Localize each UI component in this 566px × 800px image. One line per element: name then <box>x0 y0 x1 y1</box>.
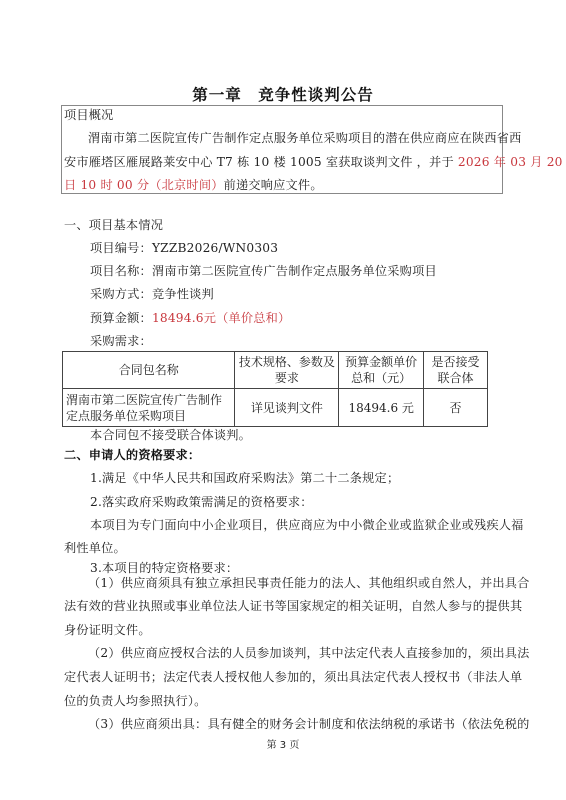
page-title: 第一章 竞争性谈判公告 <box>0 83 566 105</box>
requirement-2-line-3: 位的负责人均参照执行）。 <box>64 693 207 709</box>
table-row: 渭南市第二医院宣传广告制作定点服务单位采购项目 详见谈判文件 18494.6 元… <box>63 389 488 427</box>
qualification-item-2-detail-1: 本项目为专门面向中小企业项目，供应商应为中小微企业或监狱企业或残疾人福 <box>90 517 524 533</box>
requirement-2-line-2: 定代表人证明书；法定代表人授权他人参加的，须出具法定代表人授权书（非法人单 <box>64 669 522 685</box>
procurement-needs-label: 采购需求： <box>90 333 152 349</box>
requirement-3-line-1: （3）供应商须出具：具有健全的财务会计制度和依法纳税的承诺书（依法免税的 <box>88 716 530 732</box>
deadline-date: 2026 年 03 月 20 <box>454 155 563 169</box>
overview-line-3: 日 10 时 00 分（北京时间）前递交响应文件。 <box>64 177 323 193</box>
procurement-method: 采购方式：竞争性谈判 <box>90 286 214 302</box>
qualification-item-3: 3.本项目的特定资格要求： <box>90 560 238 576</box>
deadline-time: 日 10 时 00 分（北京时间） <box>64 178 224 192</box>
page-number: 第 3 页 <box>0 736 566 751</box>
overview-heading: 项目概况 <box>64 107 114 123</box>
cell-tech-spec: 详见谈判文件 <box>235 389 339 427</box>
header-budget: 预算金额单价总和（元） <box>339 352 424 389</box>
cell-budget: 18494.6 元 <box>339 389 424 427</box>
project-number-value: YZZB2026/WN0303 <box>152 241 278 255</box>
overview-line-2: 安市雁塔区雁展路莱安中心 T7 栋 10 楼 1005 室获取谈判文件 ，并于 … <box>64 154 563 170</box>
project-number-label: 项目编号： <box>90 241 152 255</box>
qualification-item-2: 2.落实政府采购政策需满足的资格要求： <box>90 494 313 510</box>
overview-location: 安市雁塔区雁展路莱安中心 T7 栋 10 楼 1005 室获取谈判文件 ，并于 <box>64 155 454 169</box>
section1-heading: 一、项目基本情况 <box>64 217 163 233</box>
requirement-2-line-1: （2）供应商应授权合法的人员参加谈判，其中法定代表人直接参加的，须出具法 <box>88 645 530 661</box>
requirement-1-line-3: 身份证明文件。 <box>64 622 151 638</box>
project-name: 项目名称：渭南市第二医院宣传广告制作定点服务单位采购项目 <box>90 263 437 279</box>
project-number: 项目编号：YZZB2026/WN0303 <box>90 240 278 256</box>
table-header-row: 合同包名称 技术规格、参数及要求 预算金额单价总和（元） 是否接受联合体 <box>63 352 488 389</box>
cell-consortium: 否 <box>424 389 488 427</box>
project-name-label: 项目名称： <box>90 264 152 278</box>
overview-line-1: 渭南市第二医院宣传广告制作定点服务单位采购项目的潜在供应商应在陕西省西 <box>88 130 522 146</box>
requirement-1-line-1: （1）供应商须具有独立承担民事责任能力的法人、其他组织或自然人，并出具合 <box>88 575 530 591</box>
header-consortium: 是否接受联合体 <box>424 352 488 389</box>
budget-label: 预算金额： <box>90 311 152 325</box>
requirements-table: 合同包名称 技术规格、参数及要求 预算金额单价总和（元） 是否接受联合体 渭南市… <box>62 351 488 427</box>
requirement-1-line-2: 法有效的营业执照或事业单位法人证书等国家规定的相关证明，自然人参与的提供其 <box>64 598 522 614</box>
cell-package-name: 渭南市第二医院宣传广告制作定点服务单位采购项目 <box>63 389 235 427</box>
overview-submit-text: 前递交响应文件。 <box>224 178 323 192</box>
qualification-item-2-detail-2: 利性单位。 <box>64 540 126 556</box>
project-name-value: 渭南市第二医院宣传广告制作定点服务单位采购项目 <box>152 264 437 278</box>
section2-heading: 二、申请人的资格要求： <box>64 447 200 463</box>
procurement-method-label: 采购方式： <box>90 287 152 301</box>
budget-value: 18494.6元（单价总和） <box>152 311 291 325</box>
qualification-item-1: 1.满足《中华人民共和国政府采购法》第二十二条规定； <box>90 470 399 486</box>
budget: 预算金额：18494.6元（单价总和） <box>90 310 290 326</box>
consortium-note: 本合同包不接受联合体谈判。 <box>90 427 251 443</box>
header-tech-spec: 技术规格、参数及要求 <box>235 352 339 389</box>
header-package-name: 合同包名称 <box>63 352 235 389</box>
procurement-method-value: 竞争性谈判 <box>152 287 214 301</box>
